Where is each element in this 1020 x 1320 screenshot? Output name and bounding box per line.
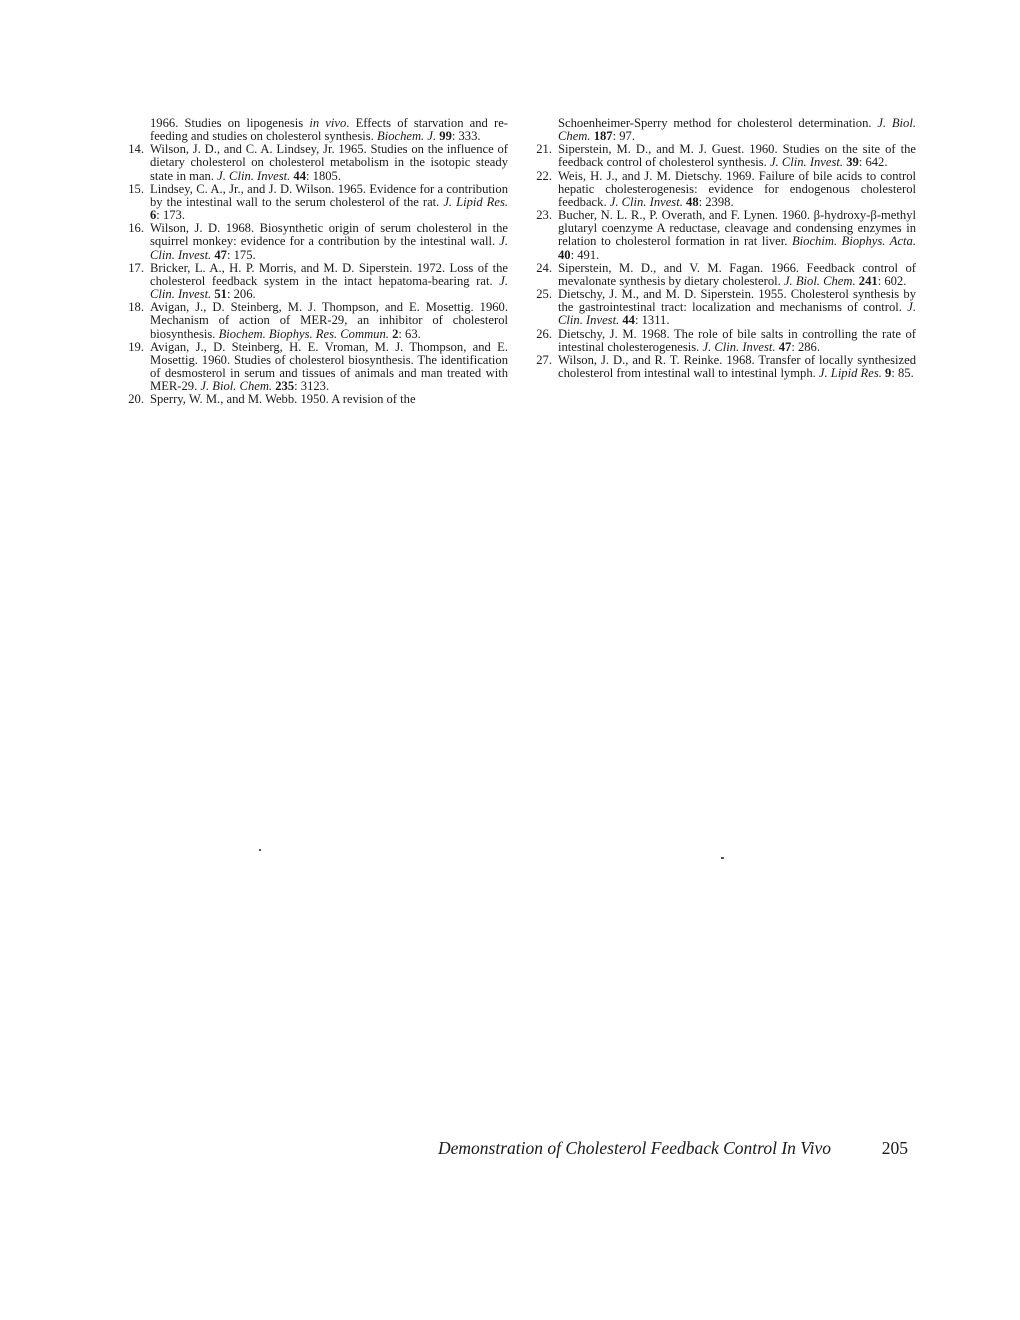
reference-item: 24.Siperstein, M. D., and V. M. Fagan. 1…: [524, 262, 916, 288]
reference-number: 21.: [524, 143, 552, 156]
reference-number: 15.: [116, 183, 144, 196]
reference-text: Avigan, J., D. Steinberg, M. J. Thompson…: [150, 301, 508, 340]
running-title: Demonstration of Cholesterol Feedback Co…: [438, 1138, 831, 1159]
references-column-right: Schoenheimer-Sperry method for cholester…: [524, 117, 916, 380]
reference-text: Bucher, N. L. R., P. Overath, and F. Lyn…: [558, 209, 916, 262]
reference-item: 18.Avigan, J., D. Steinberg, M. J. Thomp…: [116, 301, 508, 340]
reference-number: 16.: [116, 222, 144, 235]
reference-item: 25.Dietschy, J. M., and M. D. Siperstein…: [524, 288, 916, 327]
reference-number: 14.: [116, 143, 144, 156]
reference-text: Avigan, J., D. Steinberg, H. E. Vroman, …: [150, 341, 508, 394]
reference-item: 26.Dietschy, J. M. 1968. The role of bil…: [524, 328, 916, 354]
reference-text: Dietschy, J. M., and M. D. Siperstein. 1…: [558, 288, 916, 327]
reference-number: 23.: [524, 209, 552, 222]
reference-list-right: 21.Siperstein, M. D., and M. J. Guest. 1…: [524, 143, 916, 380]
reference-text: Wilson, J. D., and R. T. Reinke. 1968. T…: [558, 354, 916, 380]
reference-text: Dietschy, J. M. 1968. The role of bile s…: [558, 328, 916, 354]
reference-text: Siperstein, M. D., and M. J. Guest. 1960…: [558, 143, 916, 169]
reference-text: Siperstein, M. D., and V. M. Fagan. 1966…: [558, 262, 916, 288]
reference-text: Weis, H. J., and J. M. Dietschy. 1969. F…: [558, 170, 916, 209]
reference-item: 15.Lindsey, C. A., Jr., and J. D. Wilson…: [116, 183, 508, 222]
reference-number: 26.: [524, 328, 552, 341]
scan-speck: [721, 857, 724, 859]
reference-number: 18.: [116, 301, 144, 314]
reference-list-left: 14.Wilson, J. D., and C. A. Lindsey, Jr.…: [116, 143, 508, 406]
page-footer: Demonstration of Cholesterol Feedback Co…: [438, 1138, 908, 1159]
reference-text: Lindsey, C. A., Jr., and J. D. Wilson. 1…: [150, 183, 508, 222]
reference-number: 17.: [116, 262, 144, 275]
reference-item: 19.Avigan, J., D. Steinberg, H. E. Vroma…: [116, 341, 508, 394]
reference-item: 27.Wilson, J. D., and R. T. Reinke. 1968…: [524, 354, 916, 380]
reference-item: 23.Bucher, N. L. R., P. Overath, and F. …: [524, 209, 916, 262]
reference-item: 16.Wilson, J. D. 1968. Biosynthetic orig…: [116, 222, 508, 261]
reference-number: 22.: [524, 170, 552, 183]
reference-text: Wilson, J. D., and C. A. Lindsey, Jr. 19…: [150, 143, 508, 182]
reference-text: Wilson, J. D. 1968. Biosynthetic origin …: [150, 222, 508, 261]
reference-item: 17.Bricker, L. A., H. P. Morris, and M. …: [116, 262, 508, 301]
reference-item: 21.Siperstein, M. D., and M. J. Guest. 1…: [524, 143, 916, 169]
reference-13-continuation: 1966. Studies on lipogenesis in vivo. Ef…: [116, 117, 508, 143]
references-column-left: 1966. Studies on lipogenesis in vivo. Ef…: [116, 117, 508, 406]
reference-item: 20.Sperry, W. M., and M. Webb. 1950. A r…: [116, 393, 508, 406]
scan-speck: [259, 849, 261, 851]
reference-number: 25.: [524, 288, 552, 301]
reference-number: 24.: [524, 262, 552, 275]
page-number: 205: [882, 1138, 908, 1159]
reference-number: 20.: [116, 393, 144, 406]
reference-number: 27.: [524, 354, 552, 367]
reference-text: Sperry, W. M., and M. Webb. 1950. A revi…: [150, 393, 508, 406]
reference-text: Bricker, L. A., H. P. Morris, and M. D. …: [150, 262, 508, 301]
reference-item: 14.Wilson, J. D., and C. A. Lindsey, Jr.…: [116, 143, 508, 182]
reference-20-continuation: Schoenheimer-Sperry method for cholester…: [524, 117, 916, 143]
reference-number: 19.: [116, 341, 144, 354]
reference-item: 22.Weis, H. J., and J. M. Dietschy. 1969…: [524, 170, 916, 209]
